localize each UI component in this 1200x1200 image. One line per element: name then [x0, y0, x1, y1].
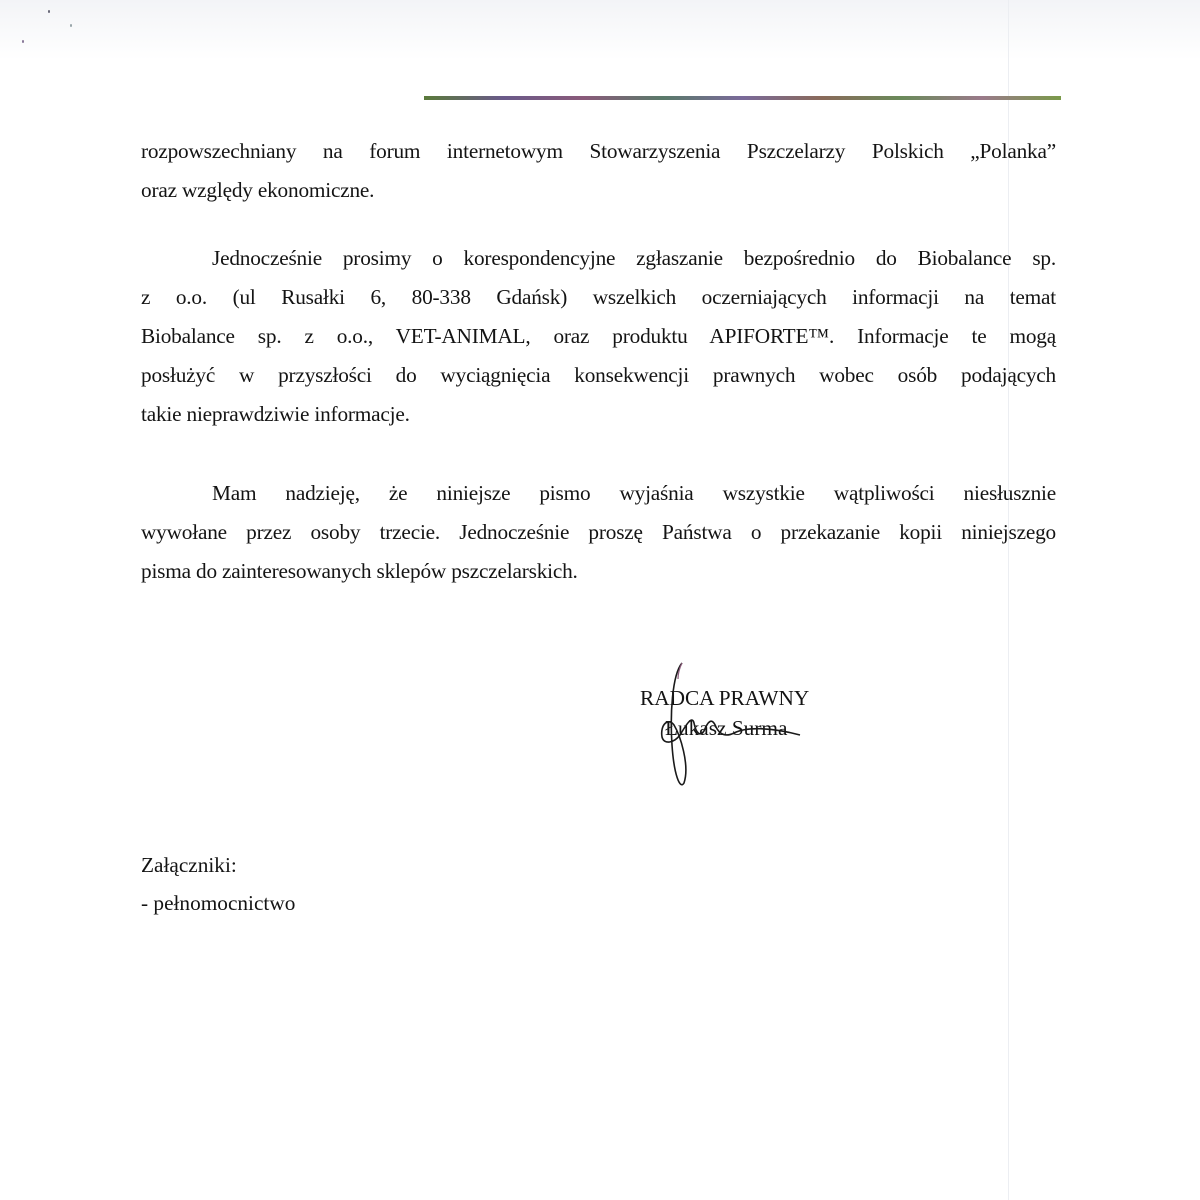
paragraph-1: rozpowszechniany na forum internetowym S…: [141, 132, 1056, 210]
text-line: takie nieprawdziwie informacje.: [141, 395, 1056, 434]
text-line: Mam nadzieję, że niniejsze pismo wyjaśni…: [141, 474, 1056, 513]
text-line: oraz względy ekonomiczne.: [141, 171, 1056, 210]
scan-speck: [22, 40, 24, 43]
text-line: pisma do zainteresowanych sklepów pszcze…: [141, 552, 1056, 591]
text-line: rozpowszechniany na forum internetowym S…: [141, 132, 1056, 171]
scan-speck: [70, 24, 72, 27]
text-line: Jednocześnie prosimy o korespondencyjne …: [141, 239, 1056, 278]
text-line: posłużyć w przyszłości do wyciągnięcia k…: [141, 356, 1056, 395]
scan-top-shade: [0, 0, 1200, 60]
text-line: wywołane przez osoby trzecie. Jednocześn…: [141, 513, 1056, 552]
text-line: Biobalance sp. z o.o., VET-ANIMAL, oraz …: [141, 317, 1056, 356]
paragraph-2: Jednocześnie prosimy o korespondencyjne …: [141, 239, 1056, 434]
handwritten-signature-icon: [650, 655, 820, 795]
paragraph-3: Mam nadzieję, że niniejsze pismo wyjaśni…: [141, 474, 1056, 591]
attachment-item: - pełnomocnictwo: [141, 891, 295, 916]
scan-speck: [48, 10, 50, 13]
attachments-heading: Załączniki:: [141, 853, 237, 878]
text-line: z o.o. (ul Rusałki 6, 80-338 Gdańsk) wsz…: [141, 278, 1056, 317]
letterhead-rule: [424, 96, 1061, 100]
